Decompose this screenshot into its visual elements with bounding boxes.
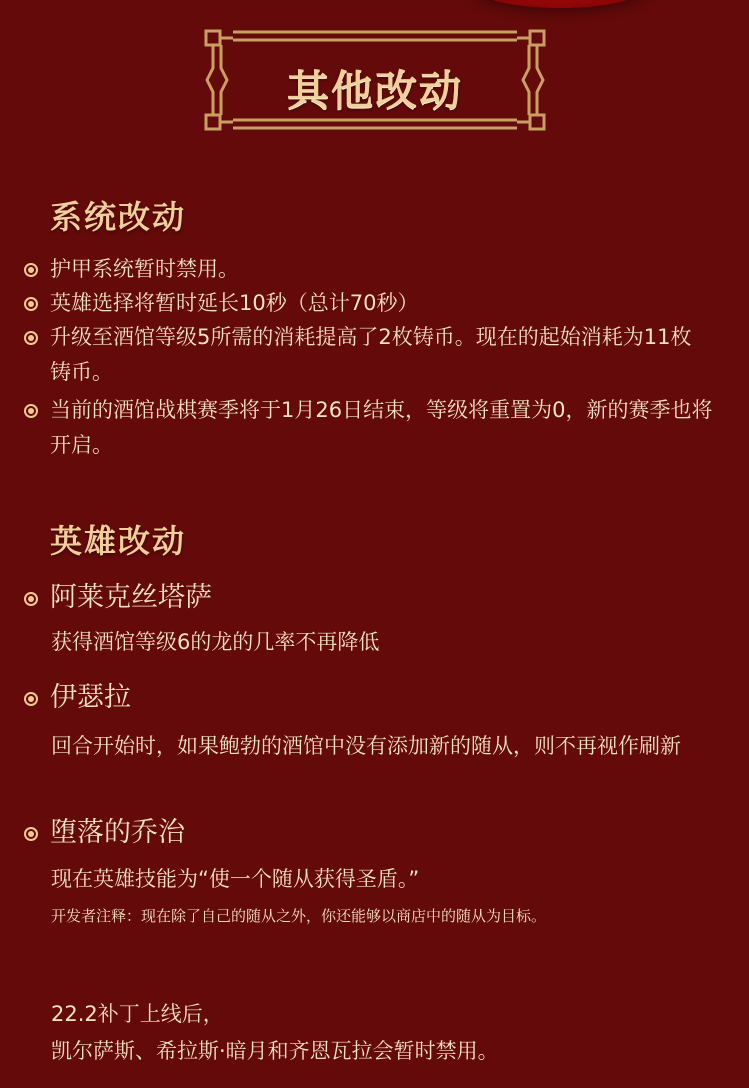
hero-description: 现在英雄技能为“使一个随从获得圣盾。” (51, 862, 741, 896)
hero-description: 回合开始时，如果鲍勃的酒馆中没有添加新的随从，则不再视作刷新 (51, 729, 741, 763)
banner-title: 其他改动 (203, 58, 547, 118)
bullet-icon (24, 592, 38, 606)
hero-name: 堕落的乔治 (50, 815, 185, 851)
bullet-icon (24, 827, 38, 841)
system-item: 护甲系统暂时禁用。 (24, 252, 724, 287)
system-item: 英雄选择将暂时延长10秒（总计70秒） (24, 286, 724, 321)
system-item: 升级至酒馆等级5所需的消耗提高了2枚铸币。现在的起始消耗为11枚铸币。 (24, 320, 704, 390)
bullet-icon (24, 297, 38, 311)
decorative-red-shape (470, 0, 650, 8)
bullet-icon (24, 331, 38, 345)
bullet-icon (24, 263, 38, 277)
bullet-icon (24, 404, 38, 418)
hero-name: 伊瑟拉 (50, 680, 131, 716)
footer-line-1: 22.2补丁上线后， (51, 997, 224, 1032)
hero-item: 阿莱克丝塔萨 (24, 580, 724, 616)
footer-line-2: 凯尔萨斯、希拉斯·暗月和齐恩瓦拉会暂时禁用。 (51, 1034, 499, 1069)
developer-note: 开发者注释：现在除了自己的随从之外，你还能够以商店中的随从为目标。 (51, 904, 546, 928)
hero-item: 堕落的乔治 (24, 815, 724, 851)
bullet-icon (24, 692, 38, 706)
title-banner: 其他改动 (203, 28, 547, 132)
hero-changes-heading: 英雄改动 (50, 516, 186, 562)
hero-item: 伊瑟拉 (24, 680, 724, 716)
hero-description: 获得酒馆等级6的龙的几率不再降低 (51, 625, 741, 659)
system-changes-heading: 系统改动 (50, 192, 186, 238)
system-item: 当前的酒馆战棋赛季将于1月26日结束，等级将重置为0，新的赛季也将开启。 (24, 393, 724, 463)
hero-name: 阿莱克丝塔萨 (50, 580, 212, 616)
